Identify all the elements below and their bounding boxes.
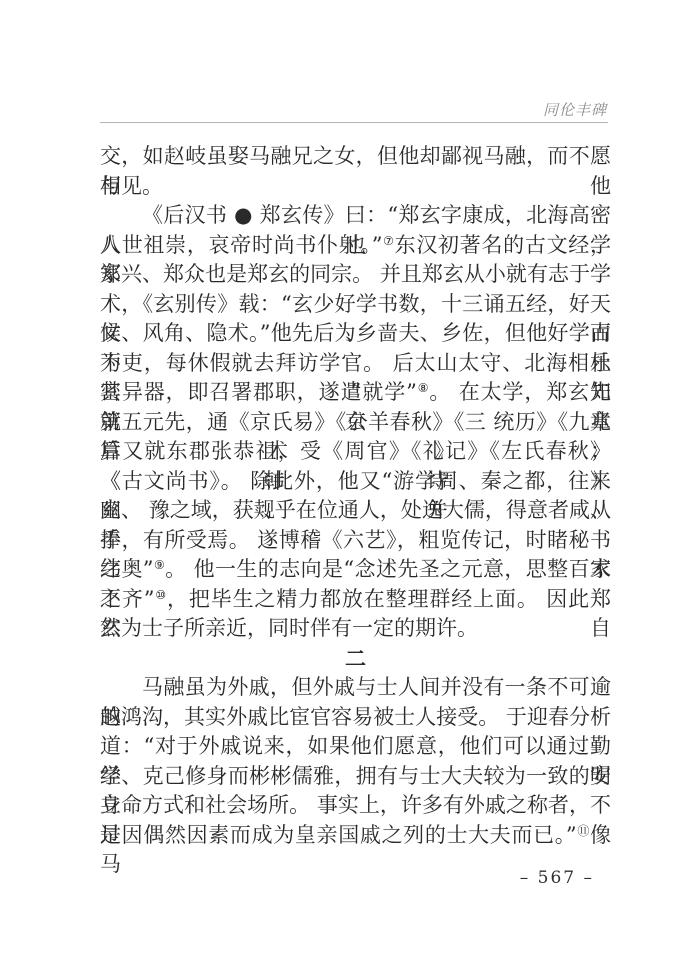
- text-line: 为吏，每休假就去拜访学官。 后太山太守、北海相杜密“知: [100, 349, 611, 379]
- text-line: 术，《玄别传》载：“玄少好学书数，十三诵五经，好天文、占: [100, 290, 611, 320]
- section-heading: 二: [100, 644, 611, 674]
- text-line: 手，有所受焉。 遂博稽《六艺》，粗览传记，时睹秘书纬术: [100, 526, 611, 556]
- text-line: 经、克己修身而彬彬儒雅，拥有与士大夫较为一致的安身: [100, 762, 611, 792]
- text-line: 不齐”⑩，把毕生之精力都放在整理群经上面。 因此郑玄自: [100, 585, 611, 615]
- text-line: 其异器，即召署郡职，遂遣就学”⑧。 在太学，郑玄先就京兆: [100, 378, 611, 408]
- text-line: 候、风角、隐术。”他先后为乡啬夫、乡佐，但他好学而不乐: [100, 319, 611, 349]
- running-header: 同伦丰碑: [543, 100, 607, 120]
- page-number: – 567 –: [520, 868, 594, 888]
- text-line: 之奥”⑨。 他一生的志向是“念述先圣之元意，思整百家之: [100, 555, 611, 585]
- footnote-marker: ⑨: [154, 558, 166, 572]
- text-line: 交，如赵岐虽娶马融兄之女，但他却鄙视马融，而不愿与他: [100, 142, 611, 172]
- text-line: 八世祖崇，哀帝时尚书仆射。”⑦东汉初著名的古文经学家: [100, 231, 611, 261]
- text-line: 道：“对于外戚说来，如果他们愿意，他们可以通过勤学明: [100, 732, 611, 762]
- text-line: 兖、 豫之域，获觌乎在位通人，处逸大儒，得意者咸从捧: [100, 496, 611, 526]
- book-page: 同伦丰碑 交，如赵岐虽娶马融兄之女，但他却鄙视马融，而不愿与他相见。《后汉书 ●…: [0, 0, 692, 968]
- text-line: 的鸿沟，其实外戚比宦官容易被士人接受。 于迎春分析: [100, 703, 611, 733]
- body-text: 交，如赵岐虽娶马融兄之女，但他却鄙视马融，而不愿与他相见。《后汉书 ● 郑玄传》…: [100, 142, 611, 850]
- text-line: 《古文尚书》。 除此外，他又“游学周、秦之都，往来幽、并、: [100, 467, 611, 497]
- text-line: 后又就东郡张恭祖，受《周官》《礼记》《左氏春秋》《韩诗》: [100, 437, 611, 467]
- text-line: 第五元先，通《京氏易》《公羊春秋》《三 统历》《九章算术》；: [100, 408, 611, 438]
- text-line: 《后汉书 ● 郑玄传》曰：“郑玄字康成，北海高密人也，: [100, 201, 611, 231]
- text-line: 立命方式和社会场所。 事实上，许多有外戚之称者，不过: [100, 791, 611, 821]
- footnote-marker: ⑪: [577, 824, 590, 838]
- footnote-marker: ⑧: [417, 381, 430, 395]
- text-line: 是因偶然因素而成为皇亲国戚之列的士大夫而已。”⑪像马: [100, 821, 611, 851]
- header-rule: [100, 122, 608, 123]
- text-line: 马融虽为外戚，但外戚与士人间并没有一条不可逾越: [100, 673, 611, 703]
- footnote-marker: ⑩: [154, 588, 167, 602]
- footnote-marker: ⑦: [382, 234, 394, 248]
- text-line: 郑兴、郑众也是郑玄的同宗。 并且郑玄从小就有志于学: [100, 260, 611, 290]
